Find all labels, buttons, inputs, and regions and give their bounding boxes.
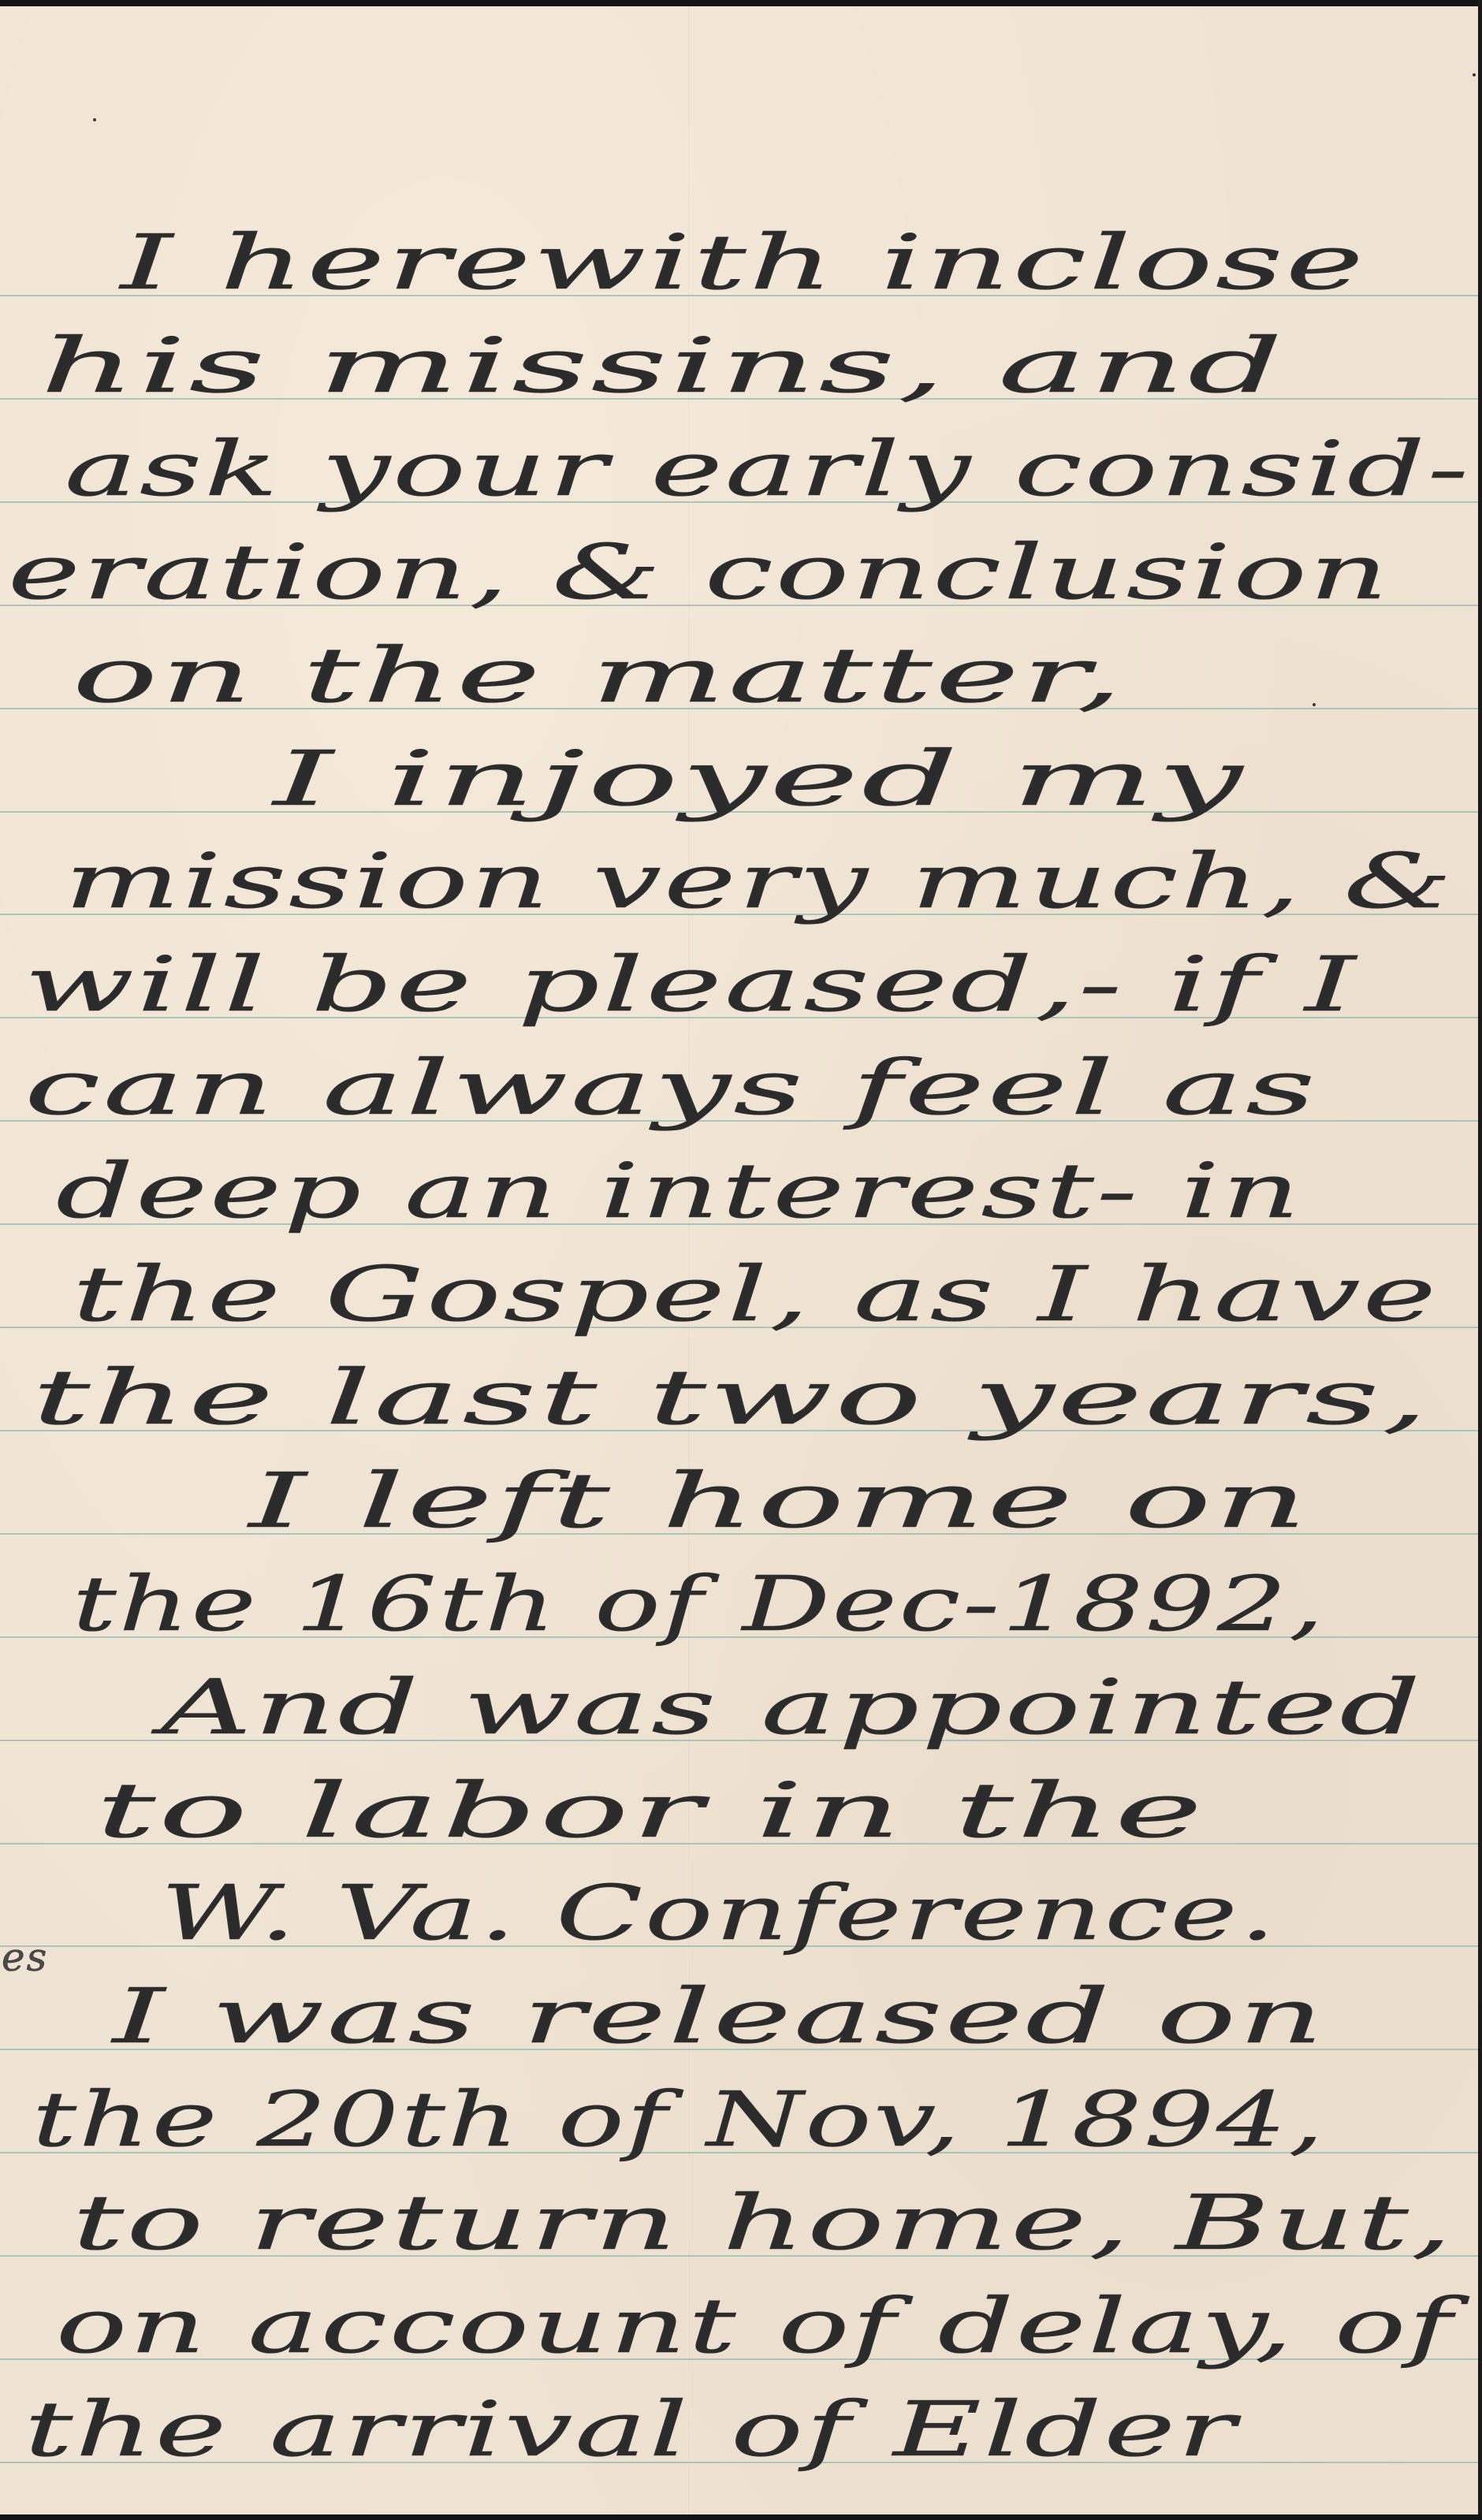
handwritten-line: mission very much, & <box>65 837 1454 925</box>
handwritten-line: I injoyed my <box>270 735 1246 823</box>
handwritten-line: will be pleased,- if I <box>24 940 1358 1029</box>
handwritten-line: I herewith inclose <box>118 218 1366 307</box>
handwritten-line: ask your early consid- <box>65 425 1471 513</box>
handwritten-line: eration, & conclusion <box>8 528 1391 616</box>
handwritten-line: W. Va. Conference. <box>161 1869 1278 1957</box>
handwritten-line: on account of delay, of <box>56 2282 1469 2370</box>
handwritten-line: on the matter, <box>73 631 1125 720</box>
handwritten-line: the Gospel, as I have <box>73 1250 1439 1338</box>
handwritten-line: to labor in the <box>96 1766 1205 1855</box>
handwritten-line: And was appointed <box>151 1663 1423 1751</box>
handwritten-line: the 20th of Nov, 1894, <box>32 2075 1326 2164</box>
handwritten-line: deep an interest- in <box>56 1147 1302 1235</box>
handwritten-line: I left home on <box>246 1457 1310 1545</box>
handwritten-line: can always feel as <box>24 1044 1318 1132</box>
handwritten-line: the arrival of Elder <box>24 2385 1242 2473</box>
handwritten-line: the last two years, <box>32 1353 1431 1442</box>
handwritten-line: to return home, But, <box>73 2179 1454 2267</box>
handwritten-line: I was released on <box>110 1972 1326 2060</box>
handwriting-layer: I herewith inclose his missins, and ask … <box>0 0 1482 2520</box>
margin-note: es <box>2 1934 48 1980</box>
handwritten-line: the 16th of Dec-1892, <box>73 1560 1326 1648</box>
handwritten-line: his missins, and <box>40 322 1286 410</box>
